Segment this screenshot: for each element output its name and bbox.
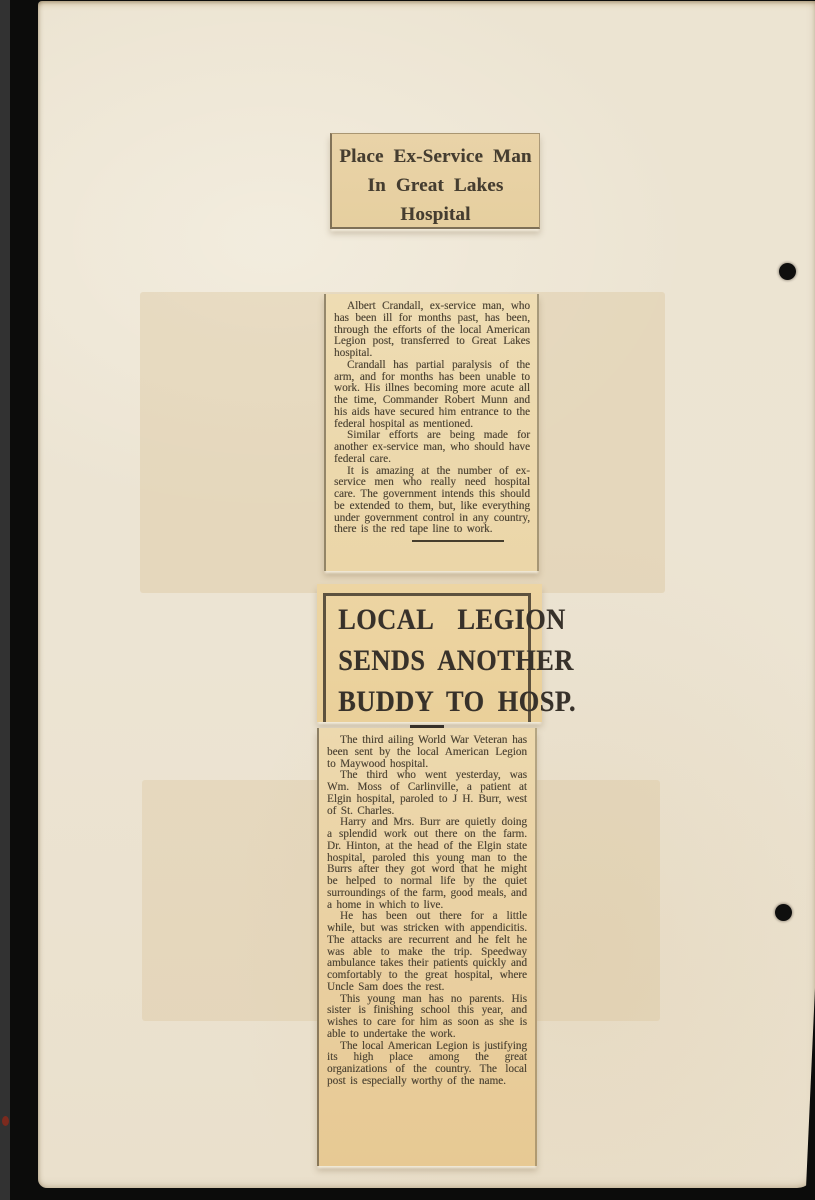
article-paragraph: The local American Legion is justifying … [327, 1041, 527, 1088]
article-paragraph: He has been out there for a little while… [327, 911, 527, 993]
headline-line: LOCAL LEGION [338, 599, 516, 640]
article-paragraph: Albert Crandall, ex-service man, who has… [334, 301, 530, 360]
headline-border-frame: LOCAL LEGION SENDS ANOTHER BUDDY TO HOSP… [323, 593, 531, 722]
article-end-rule [412, 540, 504, 542]
headline-line: In Great Lakes [332, 171, 539, 200]
clipping-article-veteran: The third ailing World War Veteran has b… [317, 728, 537, 1166]
headline-line: Place Ex-Service Man [332, 142, 539, 171]
article-paragraph: Similar efforts are being made for anoth… [334, 430, 530, 465]
article-paragraph: The third who went yesterday, was Wm. Mo… [327, 770, 527, 817]
headline-line: BUDDY TO HOSP. [338, 681, 516, 722]
clipping-article-crandall: Albert Crandall, ex-service man, who has… [324, 294, 539, 571]
punch-hole-bottom [775, 904, 792, 921]
page-corner-shadow [806, 988, 815, 1188]
article-paragraph: The third ailing World War Veteran has b… [327, 735, 527, 770]
red-speck-mark [2, 1116, 9, 1126]
headline-line: SENDS ANOTHER [338, 640, 516, 681]
binding-gutter-strip [0, 0, 10, 1200]
headline-line: Hospital [332, 200, 539, 229]
article-paragraph: Harry and Mrs. Burr are quietly doing a … [327, 817, 527, 911]
article-paragraph: Crandall has partial paralysis of the ar… [334, 360, 530, 431]
clipping-headline-local-legion: LOCAL LEGION SENDS ANOTHER BUDDY TO HOSP… [317, 584, 542, 722]
punch-hole-top [779, 263, 796, 280]
article-paragraph: This young man has no parents. His siste… [327, 994, 527, 1041]
clipping-headline-place-ex-service-man: Place Ex-Service Man In Great Lakes Hosp… [330, 133, 540, 229]
article-paragraph: It is amazing at the number of ex-servic… [334, 466, 530, 537]
